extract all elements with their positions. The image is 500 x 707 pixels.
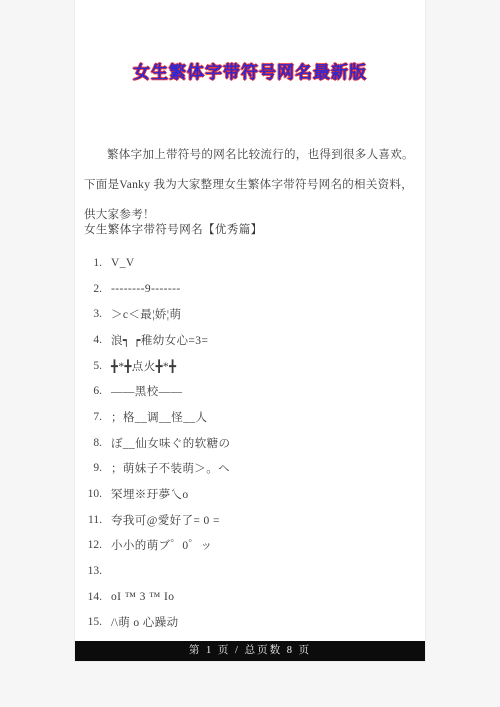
list-item: 14. oI ™ 3 ™ Io <box>84 584 420 610</box>
list-item: 9. ；萌妹子不装萌＞。ヘ <box>84 456 420 482</box>
list-item: 3. ＞c＜最¦娇¦萌 <box>84 301 420 327</box>
list-item: 1. V_V <box>84 250 420 276</box>
document-page: 女生繁体字带符号网名最新版 繁体字加上带符号的网名比较流行的，也得到很多人喜欢。… <box>75 0 425 661</box>
list-item-number: 2. <box>84 283 102 295</box>
list-item-text: 罙埋※玗夢乀o <box>111 486 189 502</box>
list-item-text: 浪┑ ┍稚幼女心=3= <box>111 332 208 348</box>
list-item-number: 9. <box>84 462 102 474</box>
list-item-number: 6. <box>84 385 102 397</box>
list-item: 6. ——黑校—— <box>84 378 420 404</box>
list-item: 10. 罙埋※玗夢乀o <box>84 481 420 507</box>
list-item-number: 7. <box>84 411 102 423</box>
list-item-number: 5. <box>84 360 102 372</box>
list-item-number: 10. <box>84 488 102 500</box>
list-item: 15. /\萌 o 心躁动 <box>84 610 420 636</box>
intro-paragraph: 繁体字加上带符号的网名比较流行的，也得到很多人喜欢。下面是Vanky 我为大家整… <box>84 140 418 230</box>
page-footer: 第 1 页 / 总页数 8 页 <box>75 641 425 661</box>
list-item: 11. 夸我可@愛好了= 0 = <box>84 507 420 533</box>
list-item-text: oI ™ 3 ™ Io <box>111 591 174 603</box>
list-item-number: 3. <box>84 308 102 320</box>
list-item: 7. ；格__调__怪__人 <box>84 404 420 430</box>
list-item-text: /\萌 o 心躁动 <box>111 614 179 630</box>
list-item: 4. 浪┑ ┍稚幼女心=3= <box>84 327 420 353</box>
list-item-text: ╋*╋点火╋*╋ <box>111 358 176 374</box>
list-item-number: 12. <box>84 539 102 551</box>
list-item: 13. <box>84 558 420 584</box>
list-item-text: ；萌妹子不装萌＞。ヘ <box>111 460 230 476</box>
list-item: 5. ╋*╋点火╋*╋ <box>84 353 420 379</box>
list-item-text: ；格__调__怪__人 <box>111 409 207 425</box>
list-item-text: --------9------- <box>111 283 181 295</box>
document-title: 女生繁体字带符号网名最新版 <box>75 58 425 83</box>
list-item-number: 8. <box>84 437 102 449</box>
list-item-number: 13. <box>84 565 102 577</box>
list-item: 12. 小小的萌ブ゜0゜ッ <box>84 533 420 559</box>
nickname-list: 1. V_V 2. --------9------- 3. ＞c＜最¦娇¦萌 4… <box>84 250 420 635</box>
list-item-text: 小小的萌ブ゜0゜ッ <box>111 537 212 553</box>
list-item-number: 11. <box>84 514 102 526</box>
section-heading: 女生繁体字带符号网名【优秀篇】 <box>84 221 263 237</box>
list-item-text: 夸我可@愛好了= 0 = <box>111 512 220 528</box>
list-item: 2. --------9------- <box>84 276 420 302</box>
list-item-number: 14. <box>84 591 102 603</box>
list-item-text: ＞c＜最¦娇¦萌 <box>111 306 181 322</box>
list-item-text: ぼ__仙女味ぐ的软糖の <box>111 435 230 451</box>
list-item-text: ——黑校—— <box>111 383 182 399</box>
list-item-number: 15. <box>84 616 102 628</box>
list-item-number: 1. <box>84 257 102 269</box>
list-item-number: 4. <box>84 334 102 346</box>
list-item: 8. ぼ__仙女味ぐ的软糖の <box>84 430 420 456</box>
list-item-text: V_V <box>111 257 135 269</box>
